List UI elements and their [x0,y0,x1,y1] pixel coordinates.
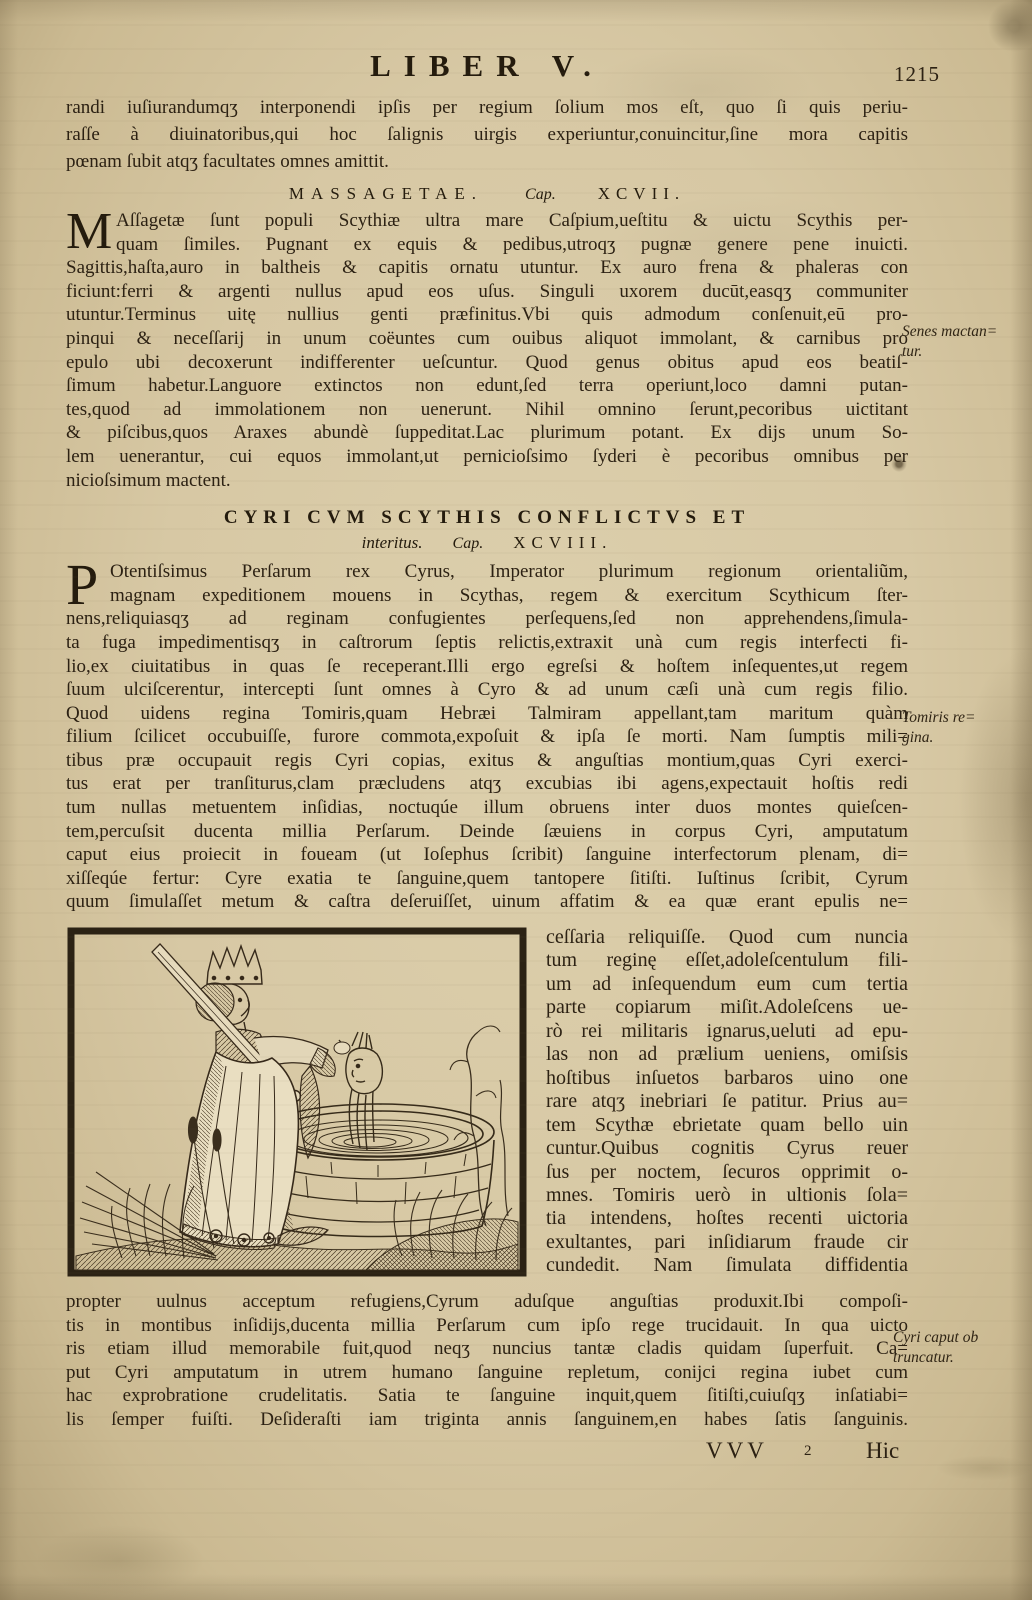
text-line: quam ſimiles. Pugnant ex equis & pedibus… [66,233,908,257]
text-line: tis in montibus inſidijs,ducenta millia … [66,1314,908,1338]
text-line: lem uenerantur, cui equos immolant,ut pe… [66,445,908,469]
page-number: 1215 [894,62,940,87]
woodcut-illustration [66,926,536,1278]
massagetae-paragraph: M Aſſagetæ ſunt populi Scythiæ ultra mar… [66,209,908,492]
text-line: ris etiam illud memorabile fuit,quod neq… [66,1337,908,1361]
text-line: xiſſeqúe fertur: Cyre exatia te ſanguine… [66,867,908,891]
text-line: pinqui & neceſſarij in unum coëuntes cum… [66,327,908,351]
text-line: filium ſcilicet occubuiſſe, furore commo… [66,725,908,749]
text-block: LIBER V. 1215 randi iuſiurandumqʒ interp… [66,48,908,1472]
text-line: Otentiſsimus Perſarum rex Cyrus, Imperat… [66,560,908,584]
text-line: ficiunt:ferri & argenti nullus apud eos … [66,280,908,304]
hand [334,1042,350,1054]
text-line: propter uulnus acceptum refugiens,Cyrum … [66,1290,908,1314]
queen-figure [152,944,350,1249]
text-line: tes,quod ad immolationem non uenerunt. N… [66,398,908,422]
text-line: pœnam ſubit atqʒ facultates omnes amitti… [66,148,908,175]
text-line: lio,ex ciuitatibus in quas ſe receperant… [66,655,908,679]
text-line: parte copiarum miſit.Adoleſcens ue- [546,996,908,1019]
margin-note-line: gina. [902,728,1030,748]
text-line: nens,reliquiasqʒ ad reginam confugientes… [66,607,908,631]
column-text: ceſſaria reliquiſſe. Quod cum nuncia tum… [536,926,908,1278]
text-line: & piſcibus,quos Araxes abundè ſuppeditat… [66,421,908,445]
text-line: tem,percuſsit ducenta millia Perſarum. D… [66,820,908,844]
gathering-signature: VVV [706,1438,768,1464]
margin-note-senes: Senes mactan= tur. [902,322,1030,362]
text-line: Aſſagetæ ſunt populi Scythiæ ultra mare … [66,209,908,233]
page-header: LIBER V. 1215 [66,48,908,94]
tomyris-woodcut [66,926,528,1278]
text-line: rare atqʒ inebriari ſe patitur. Prius au… [546,1090,908,1113]
margin-note-line: Senes mactan= [902,322,1030,342]
text-line: rò rei militaris ignarus,ueluti ad epu- [546,1020,908,1043]
text-line: um ad inſequendum eum cum tertia [546,973,908,996]
margin-note-line: Tomiris re= [902,708,1030,728]
text-line: tum nullas metuentem inſidias, noctuqúe … [66,796,908,820]
margin-note-line: tur. [902,342,1030,362]
closing-paragraph: propter uulnus acceptum refugiens,Cyrum … [66,1290,908,1432]
text-line: tum reginę eſſet,adoleſcentulum fili- [546,949,908,972]
margin-note-line: truncatur. [893,1348,1021,1368]
text-line: raſſe à diuinatoribus,qui hoc ſalignis u… [66,121,908,148]
text-line: magnam expeditionem mouens in Scythas, r… [66,584,908,608]
text-line: tia intendens, hoſtes recenti uictoria [546,1207,908,1230]
cyrus-paragraph: P Otentiſsimus Perſarum rex Cyrus, Imper… [66,560,908,914]
signature-number: 2 [804,1443,812,1460]
signature-row: VVV 2 Hic [66,1438,908,1472]
text-line: nicioſsimum mactent. [66,469,908,493]
text-line: Sagittis,haſta,auro in baltheis & capiti… [66,256,908,280]
text-line: mnes. Tomiris uerò in ultionis ſola= [546,1184,908,1207]
text-line: caput eius proiecit in foueam (ut Ioſeph… [66,843,908,867]
drop-cap-p: P [66,560,110,607]
text-line: Quod uidens regina Tomiris,quam Hebræi T… [66,702,908,726]
catchword: Hic [866,1438,899,1464]
chapter-subtitle: interitus. [362,533,423,553]
chapter-heading-cyrus: CYRI CVM SCYTHIS CONFLICTVS ET interitus… [66,507,908,553]
text-line: utuntur.Terminus uitę nullius genti præf… [66,303,908,327]
text-line: put Cyri amputatum in utrem humano ſangu… [66,1361,908,1385]
text-line: tus erat per tranſiturus,clam præcludens… [66,772,908,796]
text-line: quum ſimulaſſet metum & caſtra deſeruiſſ… [66,890,908,914]
text-line: tibus præ occupauit regis Cyri copias, e… [66,749,908,773]
hanging-sleeve [300,1066,320,1158]
text-line: lis ſemper fuiſti. Deſideraſti iam trigi… [66,1408,908,1432]
text-line: exultantes, pari inſidiarum fraude cir [546,1231,908,1254]
chapter-cap-label: Cap. [453,535,484,553]
chapter-number: XCVIII. [513,533,612,553]
text-line: cundedit. Nam ſimulata diffidentia [546,1254,908,1277]
intro-paragraph: randi iuſiurandumqʒ interponendi ipſis p… [66,94,908,175]
text-line: cuntur.Quibus cognitis Cyrus reuer [546,1137,908,1160]
margin-note-tomiris: Tomiris re= gina. [902,708,1030,748]
running-title: LIBER V. [370,48,604,83]
text-line: hoſtibus inſuetos barbaros uino one [546,1067,908,1090]
chapter-heading-massagetae: MASSAGETAE. Cap. XCVII. [66,184,908,204]
sword-blade [152,944,272,1076]
text-line: ſuum ulciſcerentur, intercepti ſunt omne… [66,678,908,702]
margin-note-cyri: Cyri caput ob truncatur. [893,1328,1021,1368]
text-line: ta fuga impedimentisqʒ in caſtrorum ſept… [66,631,908,655]
chapter-title: MASSAGETAE. [289,184,483,204]
ground-mound [366,1219,518,1270]
text-line: ceſſaria reliquiſſe. Quod cum nuncia [546,926,908,949]
drop-cap-m: M [66,209,116,256]
text-line: ſus per noctem, ſecuros opprimit o- [546,1161,908,1184]
text-line: epulo ubi decoxerunt indifferenter ueſcu… [66,351,908,375]
book-page: LIBER V. 1215 randi iuſiurandumqʒ interp… [0,0,1032,1600]
illustration-row: ceſſaria reliquiſſe. Quod cum nuncia tum… [66,926,908,1278]
text-line: ſimum habetur.Languore extinctos non edu… [66,374,908,398]
margin-note-line: Cyri caput ob [893,1328,1021,1348]
chapter-title: CYRI CVM SCYTHIS CONFLICTVS ET [66,507,908,529]
text-line: hac exprobratione crudelitatis. Satia te… [66,1384,908,1408]
text-line: las non ad prælium ueniens, omiſsis [546,1043,908,1066]
chapter-number: XCVII. [598,184,685,204]
chapter-cap-label: Cap. [525,186,556,204]
text-line: randi iuſiurandumqʒ interponendi ipſis p… [66,94,908,121]
text-line: tem Scythæ ebrietate quam bello uin [546,1114,908,1137]
